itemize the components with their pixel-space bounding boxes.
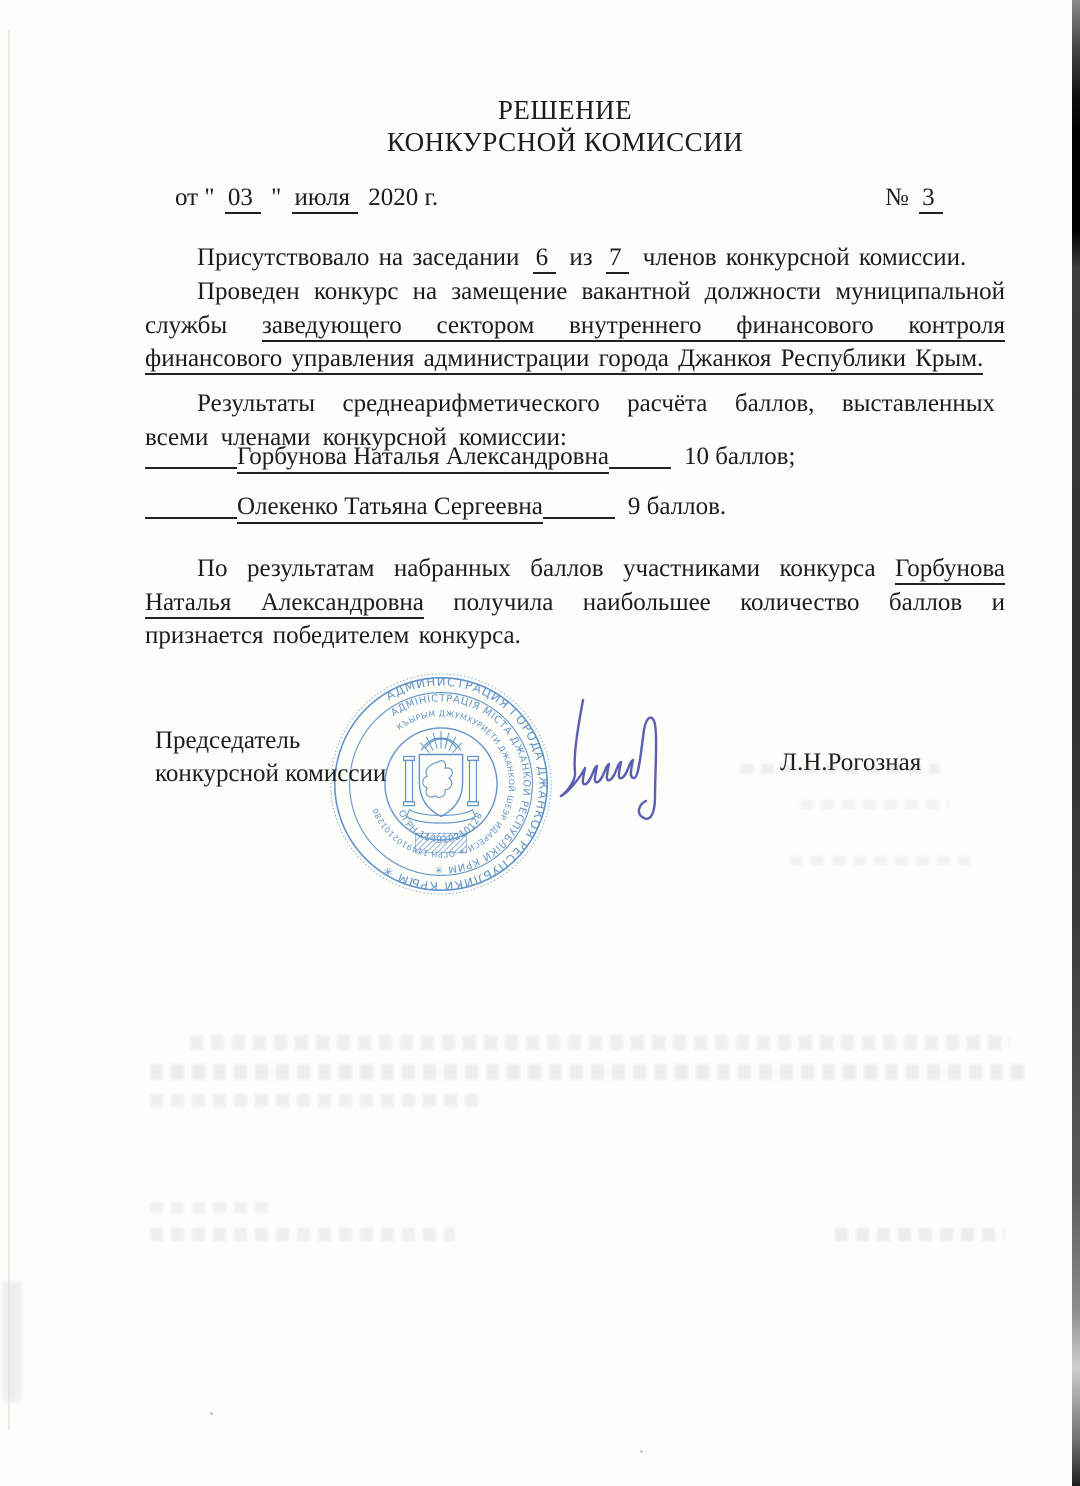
title-line-2: КОНКУРСНОЙ КОМИССИИ [50,126,1080,158]
paragraph-position: Проведен конкурс на замещение вакантной … [145,275,1005,376]
date-line: от " 03 " июля 2020 г. [175,184,438,212]
handwritten-signature [553,688,688,838]
number-sign: № [885,184,909,211]
stamp-coat-of-arms [404,731,479,823]
bleed-through-artifact [800,800,950,809]
bleed-through-artifact [150,1064,1030,1080]
date-suffix: 2020 г. [362,184,438,211]
scan-edge-left [8,30,10,1430]
candidate-score: 9 баллов. [628,493,726,520]
candidate-score: 10 баллов; [684,443,796,470]
date-month: июля [292,184,358,214]
members-present: 6 [533,244,557,274]
candidate-name: Горбунова Наталья Александровна [237,443,609,474]
scan-smudge-bottom-left [3,1282,21,1402]
members-total: 7 [606,244,630,274]
stamp-hatched-block [415,833,466,853]
bleed-through-artifact [150,1202,275,1213]
date-prefix: от " [175,184,221,211]
paragraph-winner: По результатам набранных баллов участник… [145,552,1005,653]
bleed-through-artifact [150,1228,455,1241]
date-mid: " [265,184,288,211]
bleed-through-artifact [835,1228,1005,1241]
underline-blank [145,445,237,469]
scan-speck [210,1412,213,1415]
p4-pre: По результатам набранных баллов участник… [197,555,895,582]
bleed-through-artifact [790,856,975,865]
p1-mid: из [560,244,602,271]
official-round-stamp: АДМИНИСТРАЦИЯ ГОРОДА ДЖАНКОЯ РЕСПУБЛИКИ … [323,664,559,904]
document-title: РЕШЕНИЕ КОНКУРСНОЙ КОМИССИИ [50,94,1080,158]
p1-pre: Присутствовало на заседании [197,244,529,271]
candidate-row: Олекенко Татьяна Сергеевна9 баллов. [145,493,726,521]
underline-blank [543,495,615,519]
bleed-through-artifact [150,1094,480,1107]
scan-speck [640,1450,643,1453]
underline-blank [145,495,237,519]
position-title-underlined: заведующего сектором внутреннего финансо… [145,312,1005,376]
candidate-row: Горбунова Наталья Александровна10 баллов… [145,443,795,471]
scan-edge-right [1072,0,1080,1486]
paragraph-attendance: Присутствовало на заседании 6 из 7 члено… [145,241,1005,275]
date-day: 03 [225,184,261,214]
title-line-1: РЕШЕНИЕ [50,94,1080,126]
document-number: № 3 [885,184,947,212]
p1-post: членов конкурсной комиссии. [633,244,966,271]
number-value: 3 [919,184,943,214]
underline-blank [609,445,671,469]
scanned-document-page: { "doc": { "title_line1": "РЕШЕНИЕ", "ti… [0,0,1080,1486]
bleed-through-artifact [740,764,940,774]
candidate-name: Олекенко Татьяна Сергеевна [237,493,543,524]
bleed-through-artifact [190,1035,1010,1050]
